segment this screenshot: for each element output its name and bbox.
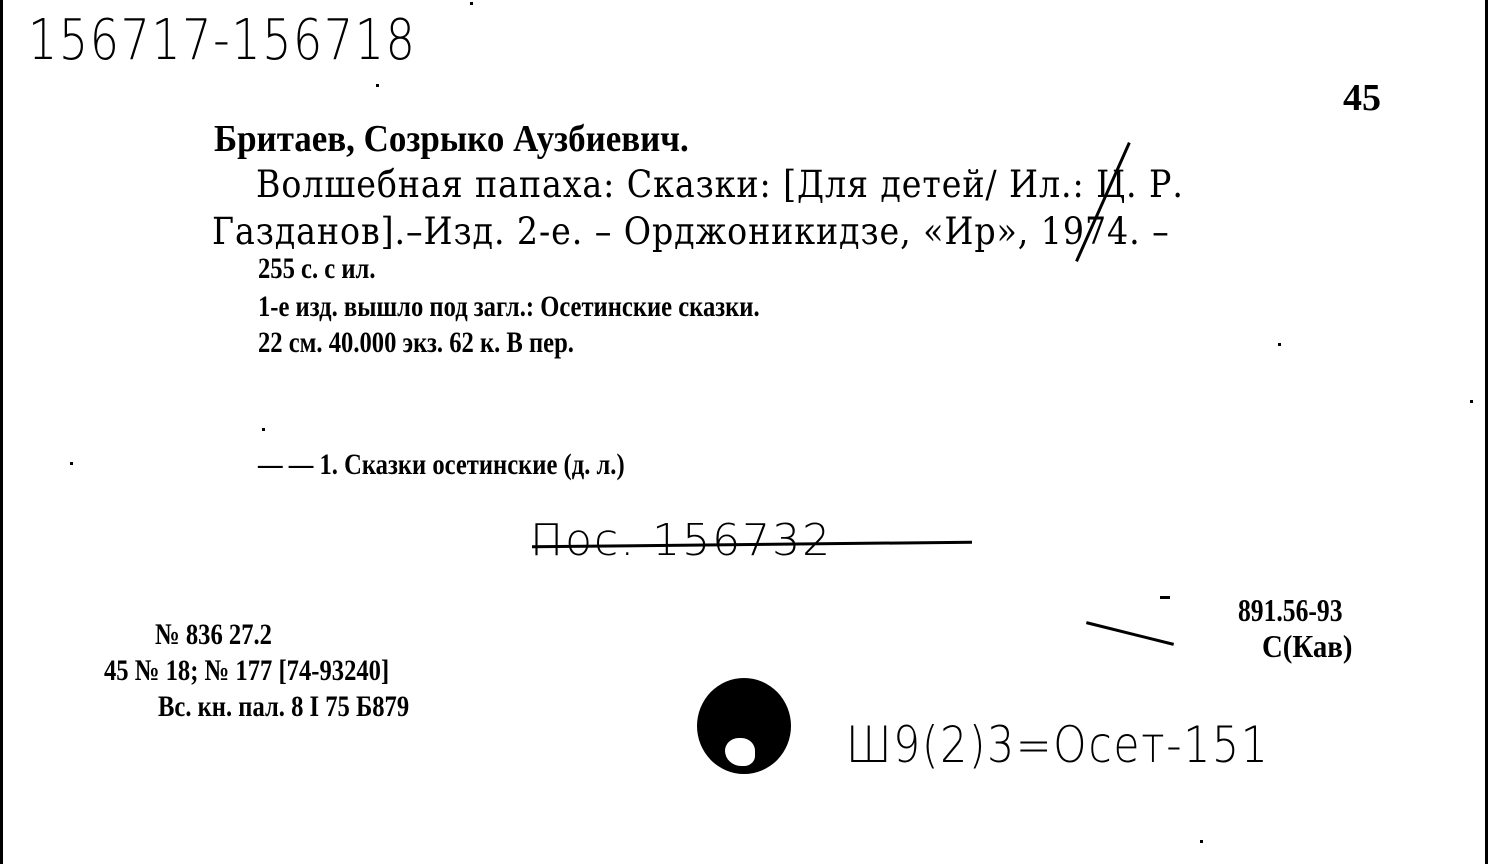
author-mark: С(Кав) [1262,628,1352,665]
scan-speck [262,428,265,431]
scan-speck [70,462,73,465]
pagination: 255 с. с ил. [258,252,375,286]
physical-description: 22 см. 40.000 экз. 62 к. В пер. [258,326,574,360]
scan-speck [1200,840,1203,843]
title-line-2: Газданов].–Изд. 2-е. – Орджоникидзе, «Ир… [212,210,1170,253]
catalog-card: 156717-156718 45 Бритаев, Созрыко Аузбие… [0,0,1488,864]
punch-hole-notch [725,738,755,766]
registration-line-1: № 836 27.2 [155,618,272,652]
handwritten-shelfmark: Ш9(2)3=Осет-151 [846,716,1270,774]
scan-speck [376,84,379,87]
title-line-1: Волшебная папаха: Сказки: [Для детей/ Ил… [256,163,1184,206]
scan-speck [1160,596,1170,599]
pen-dash-mark [1086,621,1174,646]
page-number: 45 [1343,76,1381,120]
registration-line-2: 45 № 18; № 177 [74-93240] [104,654,389,688]
registration-line-3: Вс. кн. пал. 8 I 75 Б879 [158,690,409,724]
classification-index: 891.56-93 [1238,592,1343,629]
scan-speck [470,2,473,5]
struck-handwritten-note: Пос. 156732 [530,515,832,566]
card-left-edge [0,0,3,864]
scan-speck [1278,343,1281,346]
subject-heading: — — 1. Сказки осетинские (д. л.) [258,448,625,482]
scan-speck [1470,400,1473,403]
author-heading: Бритаев, Созрыко Аузбиевич. [214,117,689,161]
handwritten-inventory-numbers: 156717-156718 [28,8,416,73]
edition-note: 1-е изд. вышло под загл.: Осетинские ска… [258,290,760,324]
